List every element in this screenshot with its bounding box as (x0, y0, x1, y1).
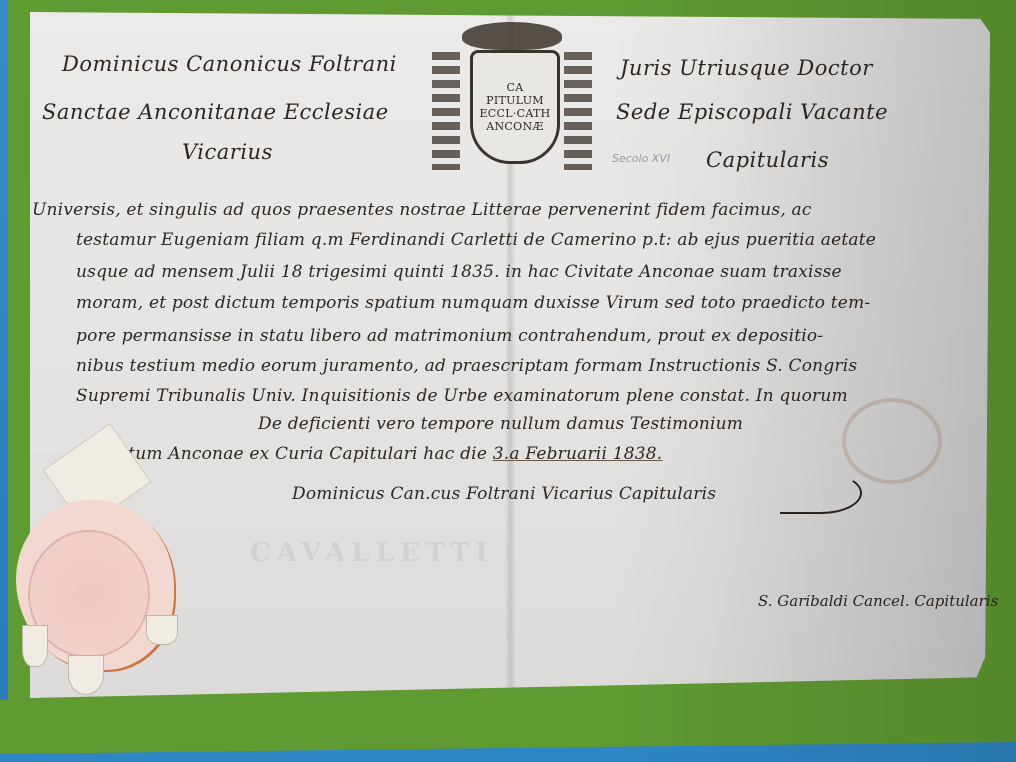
faded-ink-stamp (842, 398, 942, 484)
header-left-line-2: Sanctae Anconitanae Ecclesiae (42, 100, 389, 124)
stamp-line-1: CA (507, 81, 524, 94)
wax-seal (16, 430, 176, 695)
stamp-line-4: ANCONÆ (486, 120, 543, 133)
dated-line-date: 3.a Februarii 1838. (493, 444, 663, 464)
tassel-left-icon (432, 52, 460, 170)
body-line-3: usque ad mensem Julii 18 trigesimi quint… (76, 262, 842, 282)
stamp-line-2: PITULUM (486, 94, 544, 107)
dated-line: Datum Anconae ex Curia Capitulari hac di… (104, 444, 662, 464)
body-line-8: De deficienti vero tempore nullum damus … (258, 414, 743, 434)
seal-tab (146, 615, 178, 645)
signature-vicar: Dominicus Can.cus Foltrani Vicarius Capi… (292, 484, 716, 504)
body-line-1: Universis, et singulis ad quos praesente… (32, 200, 812, 220)
header-left-line-3: Vicarius (182, 140, 273, 164)
body-line-7: Supremi Tribunalis Univ. Inquisitionis d… (76, 386, 848, 406)
seal-tab (68, 655, 104, 695)
bleed-through-print: CAVALLETTI (250, 538, 494, 568)
body-line-5: pore permansisse in statu libero ad matr… (76, 326, 823, 346)
stamp-line-3: ECCL·CATH (479, 107, 550, 120)
chapter-stamp: CA PITULUM ECCL·CATH ANCONÆ (432, 22, 592, 172)
body-line-2: testamur Eugeniam filiam q.m Ferdinandi … (76, 230, 876, 250)
header-right-line-3: Capitularis (706, 148, 829, 172)
tassel-right-icon (564, 52, 592, 170)
header-right-line-1: Juris Utriusque Doctor (620, 56, 873, 80)
blue-background-strip (0, 0, 8, 700)
signature-flourish (780, 472, 862, 514)
stamp-shield: CA PITULUM ECCL·CATH ANCONÆ (470, 50, 560, 164)
header-right-line-2: Sede Episcopali Vacante (616, 100, 888, 124)
seal-tab (22, 625, 48, 667)
pencil-annotation: Secolo XVI (612, 152, 670, 165)
galero-hat-icon (462, 22, 562, 50)
body-line-6: nibus testium medio eorum juramento, ad … (76, 356, 857, 376)
body-line-4: moram, et post dictum temporis spatium n… (76, 293, 870, 313)
signature-chancellor: S. Garibaldi Cancel. Capitularis (758, 592, 998, 610)
header-left-line-1: Dominicus Canonicus Foltrani (62, 52, 397, 76)
blue-background-strip-bottom (0, 742, 1016, 762)
